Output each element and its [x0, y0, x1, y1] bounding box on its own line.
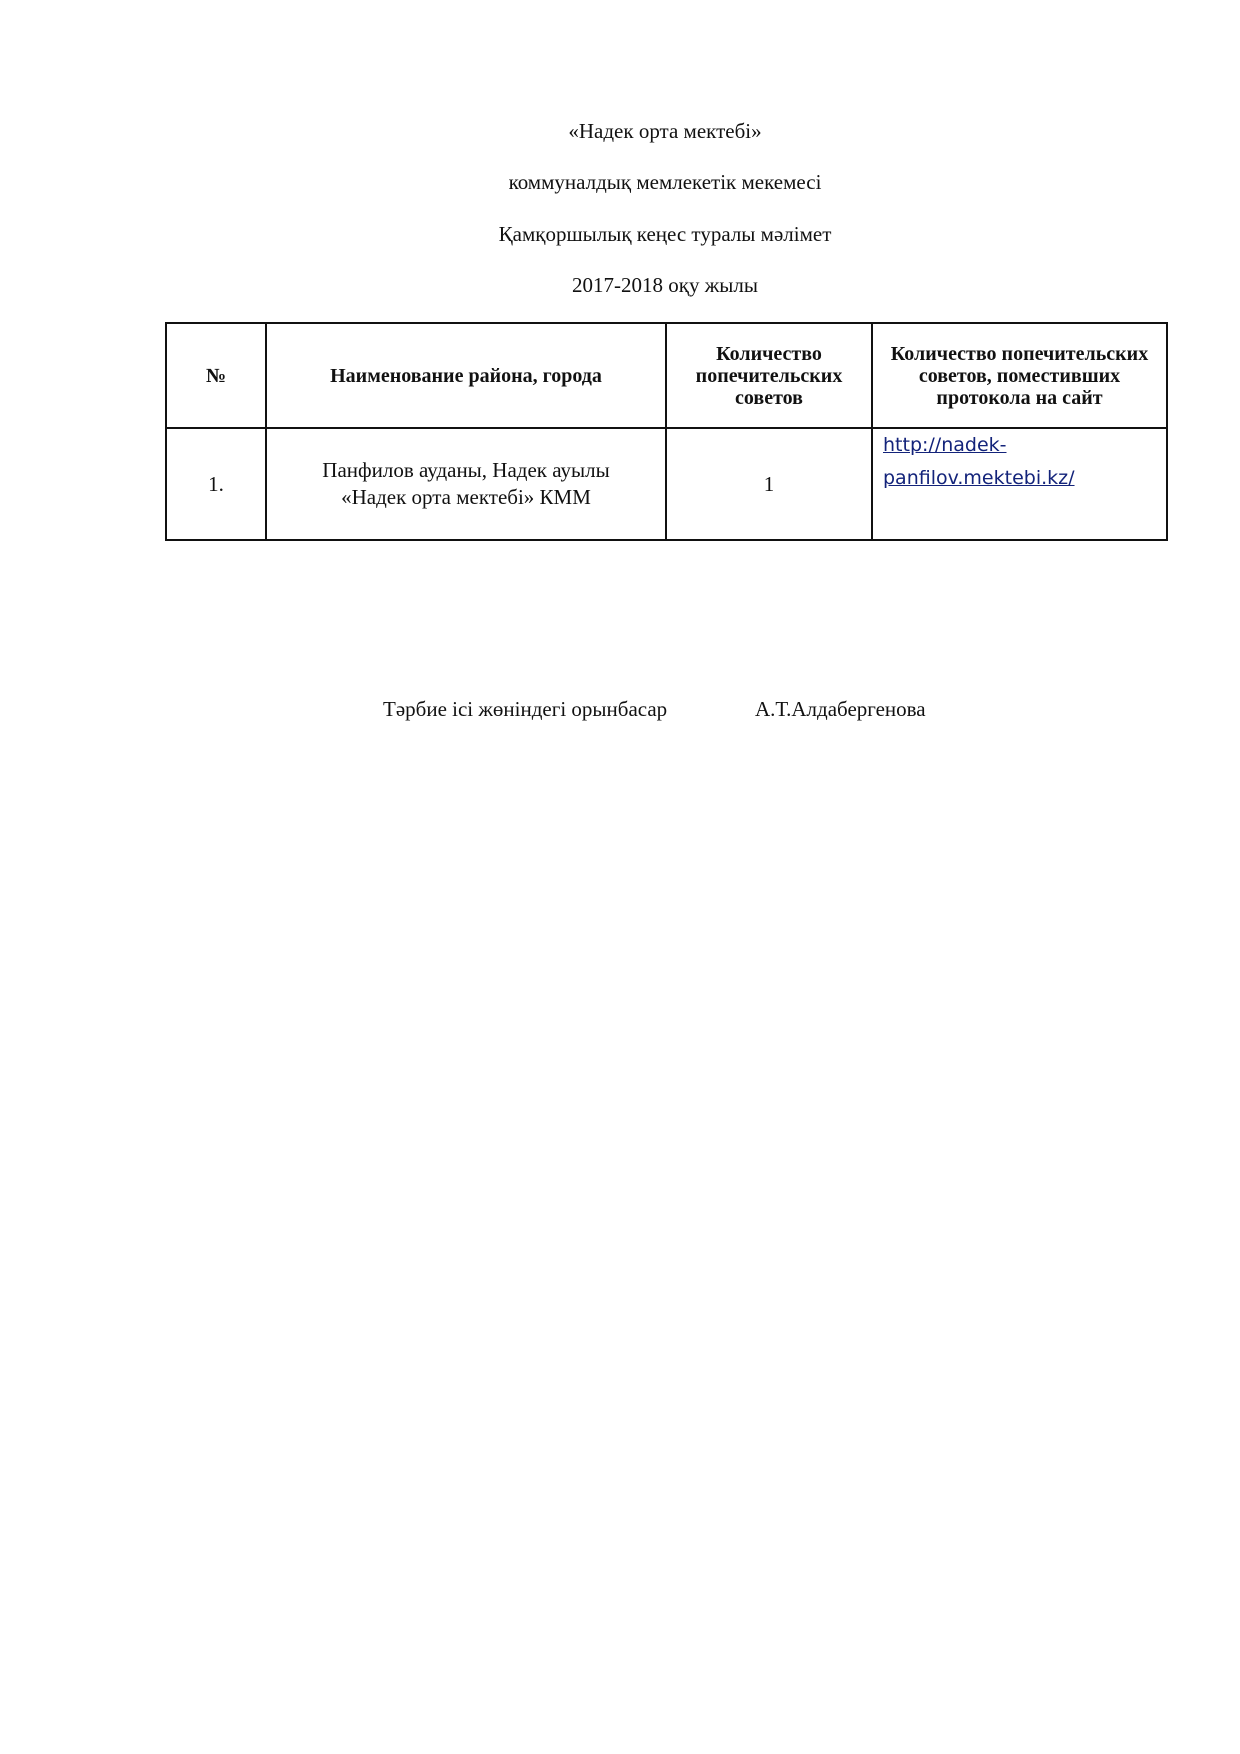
school-name-heading: «Надек орта мектебі»	[0, 119, 1240, 143]
header-number: №	[166, 323, 266, 428]
institution-type-heading: коммуналдық мемлекетік мекемесі	[0, 170, 1240, 194]
table-header-row: № Наименование района, города Количество…	[166, 323, 1167, 428]
header-district-name: Наименование района, города	[266, 323, 666, 428]
table-row: 1. Панфилов ауданы, Надек ауылы «Надек о…	[166, 428, 1167, 540]
academic-year-heading: 2017-2018 оқу жылы	[0, 273, 1240, 297]
cell-district-name: Панфилов ауданы, Надек ауылы «Надек орта…	[266, 428, 666, 540]
header-councils-with-protocols: Количество попечительских советов, помес…	[872, 323, 1167, 428]
district-name-line-2: «Надек орта мектебі» КММ	[341, 485, 591, 509]
link-line-1: http://nadek-	[883, 434, 1007, 456]
cell-council-count: 1	[666, 428, 872, 540]
signatory-role: Тәрбие ісі жөніндегі орынбасар	[383, 697, 667, 721]
link-line-2: panfilov.mektebi.kz/	[883, 467, 1075, 489]
document-title-heading: Қамқоршылық кеңес туралы мәлімет	[0, 222, 1240, 246]
cell-website-link: http://nadek- panfilov.mektebi.kz/	[872, 428, 1167, 540]
header-council-count: Количество попечительских советов	[666, 323, 872, 428]
signatory-name: А.Т.Алдабергенова	[755, 697, 926, 721]
school-website-link[interactable]: http://nadek- panfilov.mektebi.kz/	[883, 429, 1083, 495]
district-name-line-1: Панфилов ауданы, Надек ауылы	[322, 458, 609, 482]
trustee-council-table: № Наименование района, города Количество…	[165, 322, 1168, 541]
cell-number: 1.	[166, 428, 266, 540]
